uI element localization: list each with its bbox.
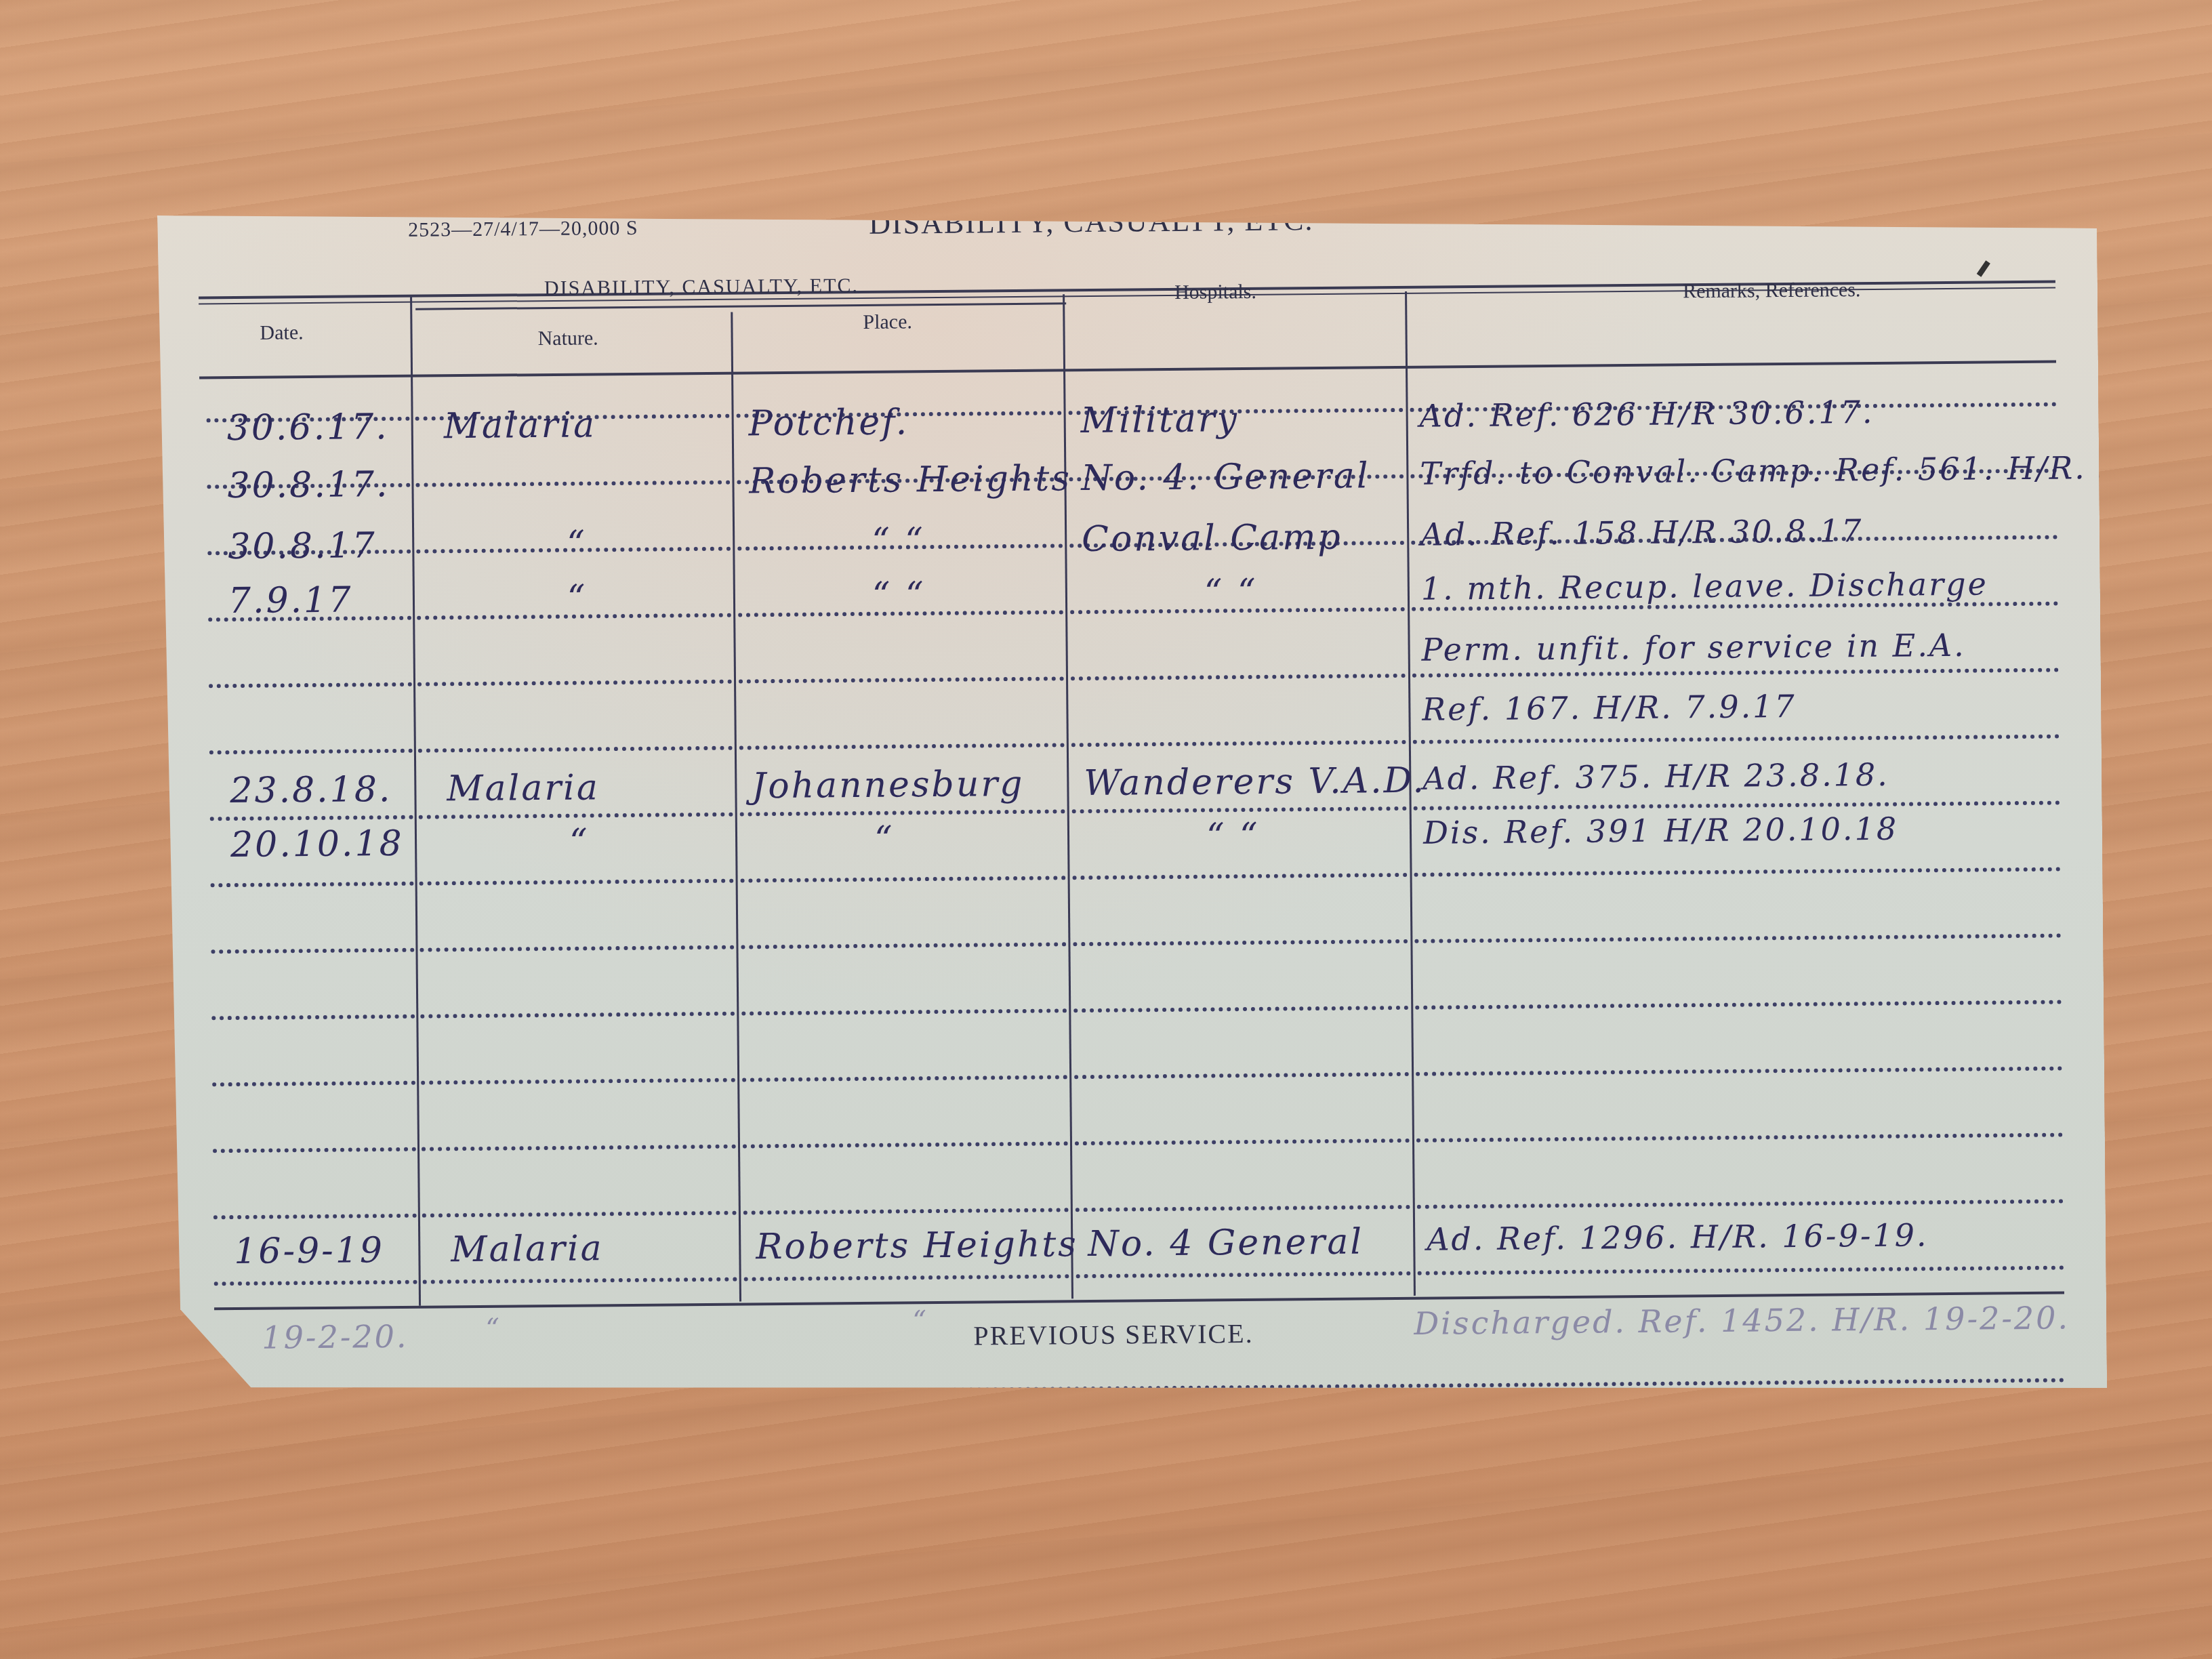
dotted-line [419,945,734,952]
dotted-line [1075,1139,1410,1145]
dotted-line [1076,1205,1410,1212]
row-remarks: Ad. Ref. 158 H/R 30.8.17 [1420,512,1864,553]
row-remarks: Ad. Ref. 626 H/R 30.6.17. [1419,394,1874,434]
row-nature: “ [569,821,590,862]
row-hospital: Military [1080,399,1239,441]
dotted-line [742,1075,1067,1082]
entries-table: 30.6.17.MalariaPotchef.MilitaryAd. Ref. … [157,199,2097,216]
table-row: 30.8.17““ “Conval CampAd. Ref. 158 H/R 3… [157,199,2097,216]
dotted-line [1416,1133,2063,1143]
dotted-line [1414,801,2060,811]
row-hospital: No. 4 General [1088,1222,1364,1265]
header-remarks: Remarks, References. [1683,279,1861,303]
row-date: 23.8.18. [230,769,392,811]
dotted-line [739,676,1064,683]
dotted-line [213,1214,417,1220]
row-date: 30.6.17. [226,407,389,449]
dotted-line [415,480,730,487]
row-date: 30.8.17. [227,464,390,506]
dotted-line [1417,1200,2064,1209]
print-reference: 2523—27/4/17—20,000 S [408,217,638,242]
table-row: 16-9-19MalariaRoberts HeightsNo. 4 Gener… [157,199,2097,216]
row-place: Potchef. [748,402,909,444]
row-remarks: Ad. Ref. 375. H/R 23.8.18. [1422,756,1889,797]
row-date: 20.10.18 [230,823,404,865]
dotted-line [1414,934,2061,943]
footer-place-ditto: “ [912,1305,928,1336]
row-hospital: Wanderers V.A.D. [1084,760,1426,804]
casualty-record-card: 2523—27/4/17—20,000 S DISABILITY, CASUAL… [157,199,2107,1405]
row-place: “ “ [872,520,925,562]
header-bottom-rule [199,361,2056,380]
dotted-line [744,1274,1069,1281]
header-place: Place. [863,310,912,334]
dotted-line [1076,1271,1411,1278]
table-row: 7.9.17““ ““ “1. mth. Recup. leave. Disch… [157,199,2097,216]
table-row: 30.6.17.MalariaPotchef.MilitaryAd. Ref. … [157,199,2097,216]
dotted-line [741,876,1066,882]
row-nature: Malaria [443,405,596,447]
dotted-line [418,746,733,753]
previous-service-line-3 [237,1486,2066,1507]
row-nature: “ [567,577,588,618]
dotted-line [1073,1006,1408,1012]
row-remarks: Dis. Ref. 391 H/R 20.10.18 [1423,811,1899,851]
footer-nature-ditto: “ [485,1313,501,1345]
previous-service-label: PREVIOUS SERVICE. [973,1317,1253,1352]
col-divider-place [1063,294,1073,1298]
row-place: Johannesburg [752,764,1025,807]
dotted-line [211,948,414,954]
row-remarks: Perm. unfit. for service in E.A. [1421,627,1966,668]
dotted-line [419,813,733,819]
row-place: Roberts Heights [749,458,1071,501]
dotted-line [211,1015,415,1021]
row-place: Roberts Heights [756,1224,1078,1267]
table-row: 20.10.18“““ “Dis. Ref. 391 H/R 20.10.18 [157,199,2097,216]
dotted-line [1073,873,1408,880]
header-disability-group: DISABILITY, CASUALTY, ETC. [544,274,859,300]
group-underline [415,302,1066,310]
table-row: 30.8.17.Roberts HeightsNo. 4. GeneralTrf… [157,199,2097,216]
dotted-line [422,1211,737,1218]
row-date: 16-9-19 [234,1230,384,1272]
dotted-line [1074,1072,1409,1079]
header-hospitals: Hospitals. [1174,281,1256,304]
dotted-line [209,682,412,689]
card-title: DISABILITY, CASUALTY, ETC. [869,203,1314,241]
row-nature: Malaria [451,1228,604,1270]
dotted-line [212,1081,415,1087]
header-date: Date. [260,321,303,345]
row-date: 30.8.17 [228,525,377,567]
dotted-line [743,1208,1069,1214]
dotted-line [1414,867,2061,877]
previous-service-line-2 [229,1432,2066,1452]
dotted-line [209,749,413,755]
dotted-line [214,1280,417,1286]
row-nature: Malaria [447,767,600,809]
dotted-line [740,809,1065,816]
dotted-line [1072,806,1407,813]
table-row: Ref. 167. H/R. 7.9.17 [157,199,2097,216]
col-divider-nature [731,312,741,1302]
row-hospital: “ “ [1206,816,1260,857]
dotted-line [211,882,414,888]
col-divider-date [410,296,421,1306]
dotted-line [739,743,1065,750]
dotted-line [1418,1266,2064,1275]
dotted-line [419,879,734,886]
dotted-line [421,1078,735,1085]
dotted-line [741,1008,1067,1015]
row-date: 7.9.17 [228,580,353,622]
footer-date: 19-2-20. [262,1318,409,1356]
dotted-line [1412,668,2059,678]
row-remarks: Ref. 167. H/R. 7.9.17 [1422,688,1797,728]
staple-mark [1977,260,1990,276]
row-nature: “ [567,523,587,564]
row-remarks: 1. mth. Recup. leave. Discharge [1421,565,1988,607]
dotted-line [213,1147,416,1153]
dotted-line [1415,1000,2062,1010]
dotted-row-lines [157,199,2097,216]
dotted-line [420,1012,735,1019]
dotted-line [741,942,1066,949]
row-hospital: No. 4. General [1081,455,1370,499]
row-remarks: Trfd. to Conval. Camp. Ref. 561. H/R. 30… [1420,448,2212,492]
dotted-line [1071,740,1406,747]
dotted-line [423,1277,737,1284]
row-place: “ “ [872,575,926,616]
dotted-line [743,1141,1068,1148]
previous-service-line-1 [228,1378,2065,1398]
dotted-line [1416,1067,2062,1076]
dotted-line [1073,939,1408,946]
row-remarks: Ad. Ref. 1296. H/R. 16-9-19. [1427,1216,1929,1257]
footer-remarks: Discharged. Ref. 1452. H/R. 19-2-20. [1414,1299,2070,1341]
header-nature: Nature. [537,327,598,350]
dotted-line [417,680,732,687]
dotted-line [1413,735,2060,744]
dotted-line [210,815,413,821]
table-row: Perm. unfit. for service in E.A. [157,199,2097,216]
row-place: “ [874,819,895,860]
table-row: 23.8.18.MalariaJohannesburgWanderers V.A… [157,199,2097,216]
dotted-line [422,1145,736,1151]
row-hospital: “ “ [1204,572,1258,613]
dotted-line [1071,674,1406,680]
row-hospital: Conval Camp [1082,517,1343,560]
